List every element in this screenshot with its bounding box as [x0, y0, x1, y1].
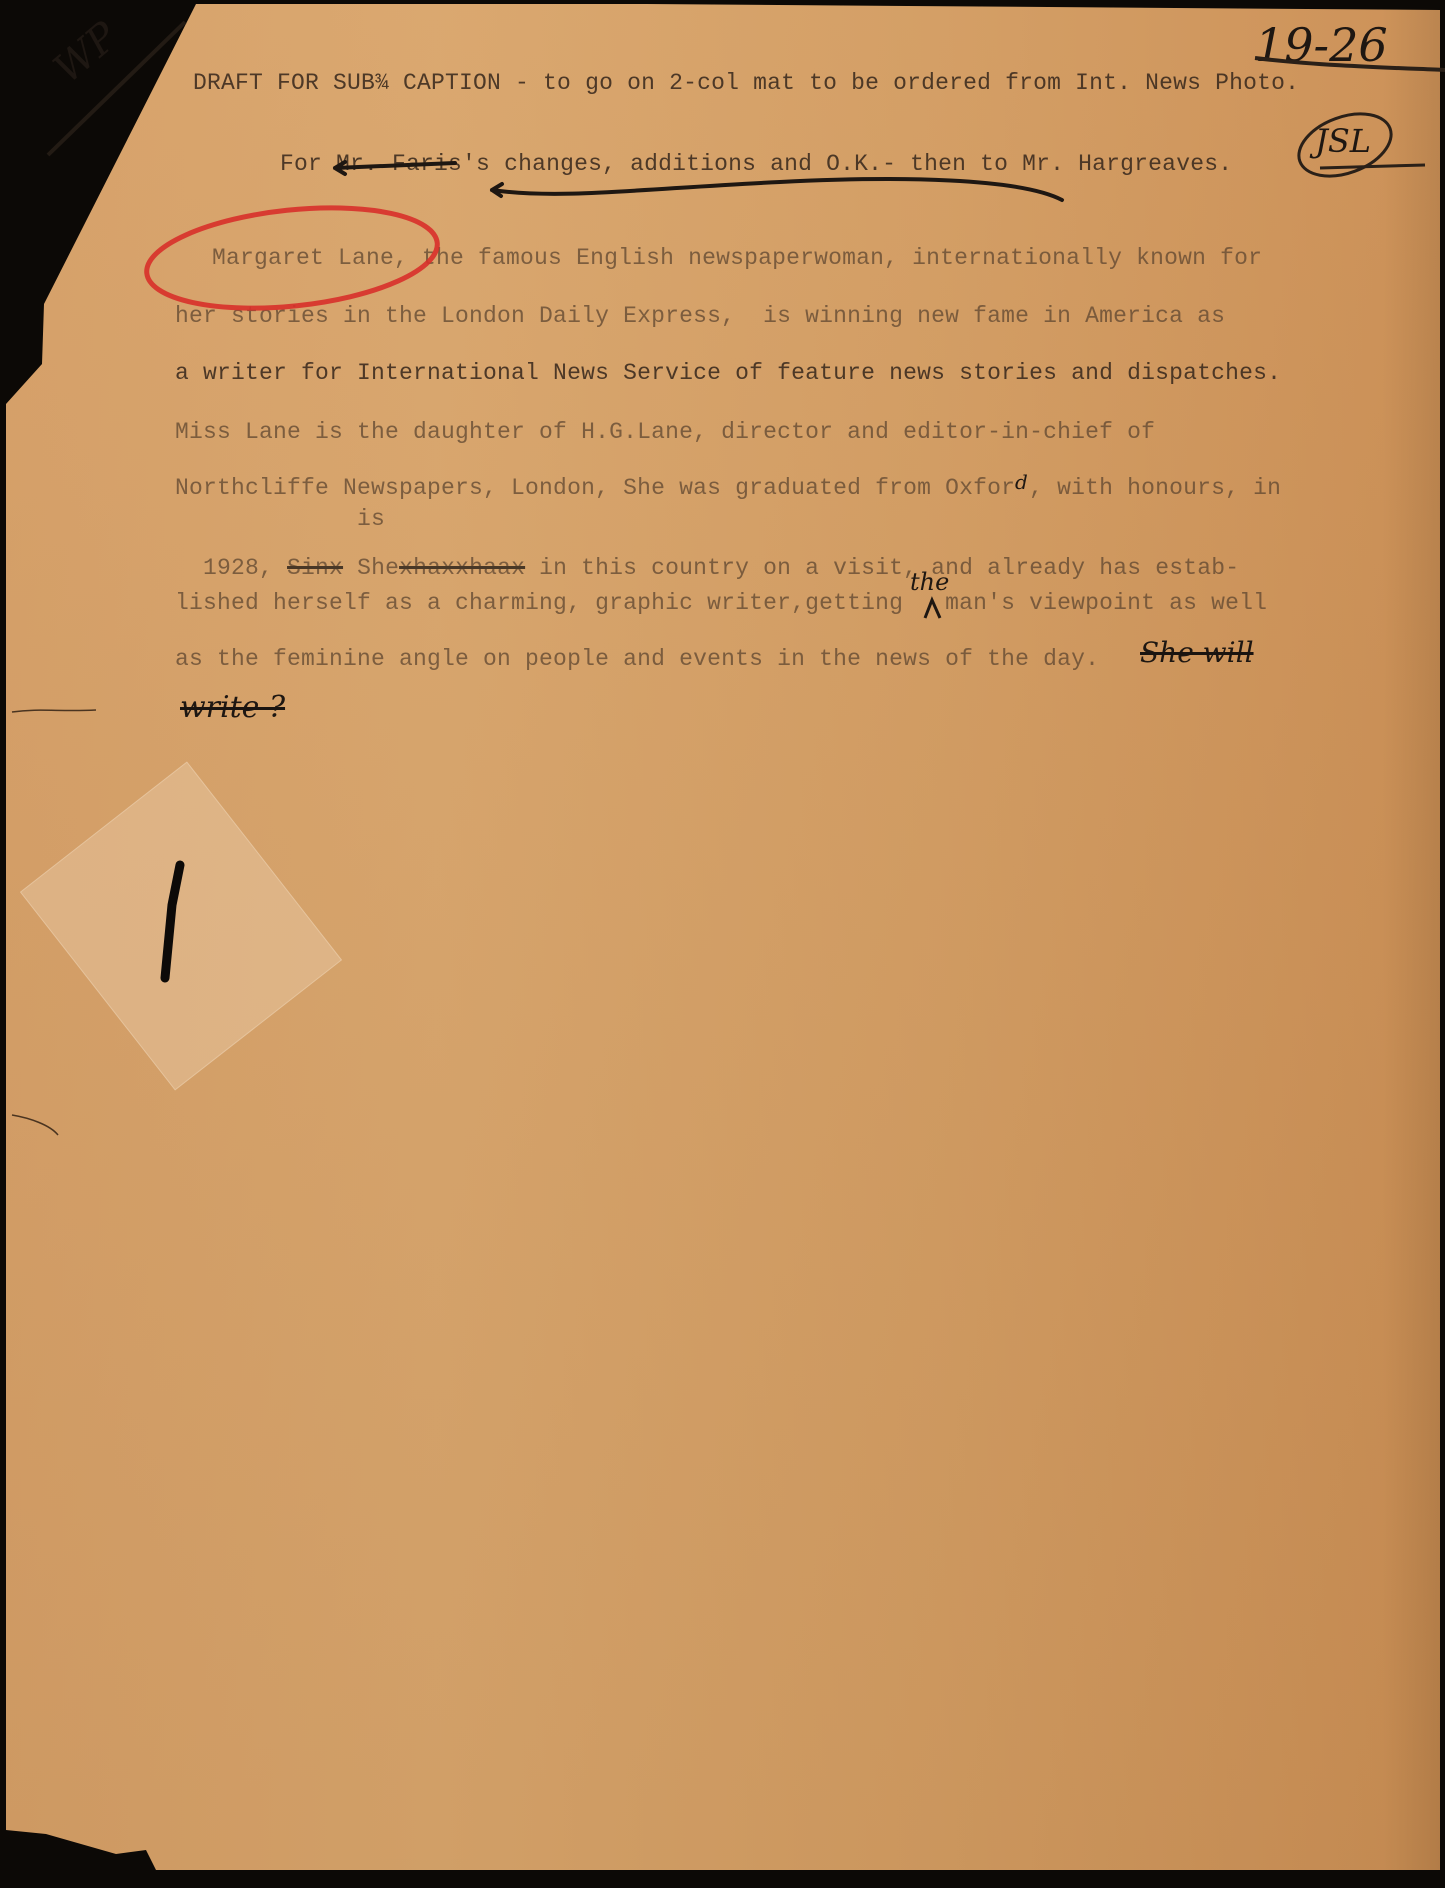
header-draft-line: DRAFT FOR SUB¾ CAPTION - to go on 2-col … — [193, 72, 1299, 95]
body-line-6: 1928, Sinx Shexhaxxhaax in this country … — [175, 534, 1239, 580]
line6-year: 1928, — [203, 555, 287, 581]
handwritten-initials-top-left: WP — [45, 14, 127, 93]
body-line-8: as the feminine angle on people and even… — [175, 648, 1099, 671]
routing-suffix: changes, additions and O.K.- then to Mr.… — [490, 151, 1232, 177]
line6-struck-x: xhaxxhaax — [399, 555, 525, 581]
handwritten-number: 19-26 — [1255, 18, 1388, 72]
line6-struck-word: Sinx — [287, 555, 343, 581]
routing-name: Faris's — [392, 151, 490, 177]
header-routing-line: For Mr. Faris's changes, additions and O… — [252, 130, 1232, 176]
body-line-1: Margaret Lane, the famous English newspa… — [170, 247, 1262, 270]
routing-prefix: For Mr. — [280, 151, 392, 177]
body-line-2: her stories in the London Daily Express,… — [175, 305, 1225, 328]
body-line-3: a writer for International News Service … — [175, 362, 1281, 385]
inserted-is: is — [357, 508, 385, 531]
handwritten-initials-right: JSL — [1315, 122, 1371, 160]
body-line-7: lished herself as a charming, graphic wr… — [175, 592, 1267, 615]
line6-rest: in this country on a visit, and already … — [525, 555, 1239, 581]
struck-write: write ? — [180, 690, 285, 725]
line6-she: She — [357, 555, 399, 581]
handwritten-insert-the: the — [910, 568, 949, 596]
struck-she-will: She will — [1140, 636, 1254, 669]
body-line-4: Miss Lane is the daughter of H.G.Lane, d… — [175, 421, 1155, 444]
handwritten-insert-d: d — [1015, 470, 1028, 494]
body-line-5: Northcliffe Newspapers, London, She was … — [175, 477, 1281, 500]
